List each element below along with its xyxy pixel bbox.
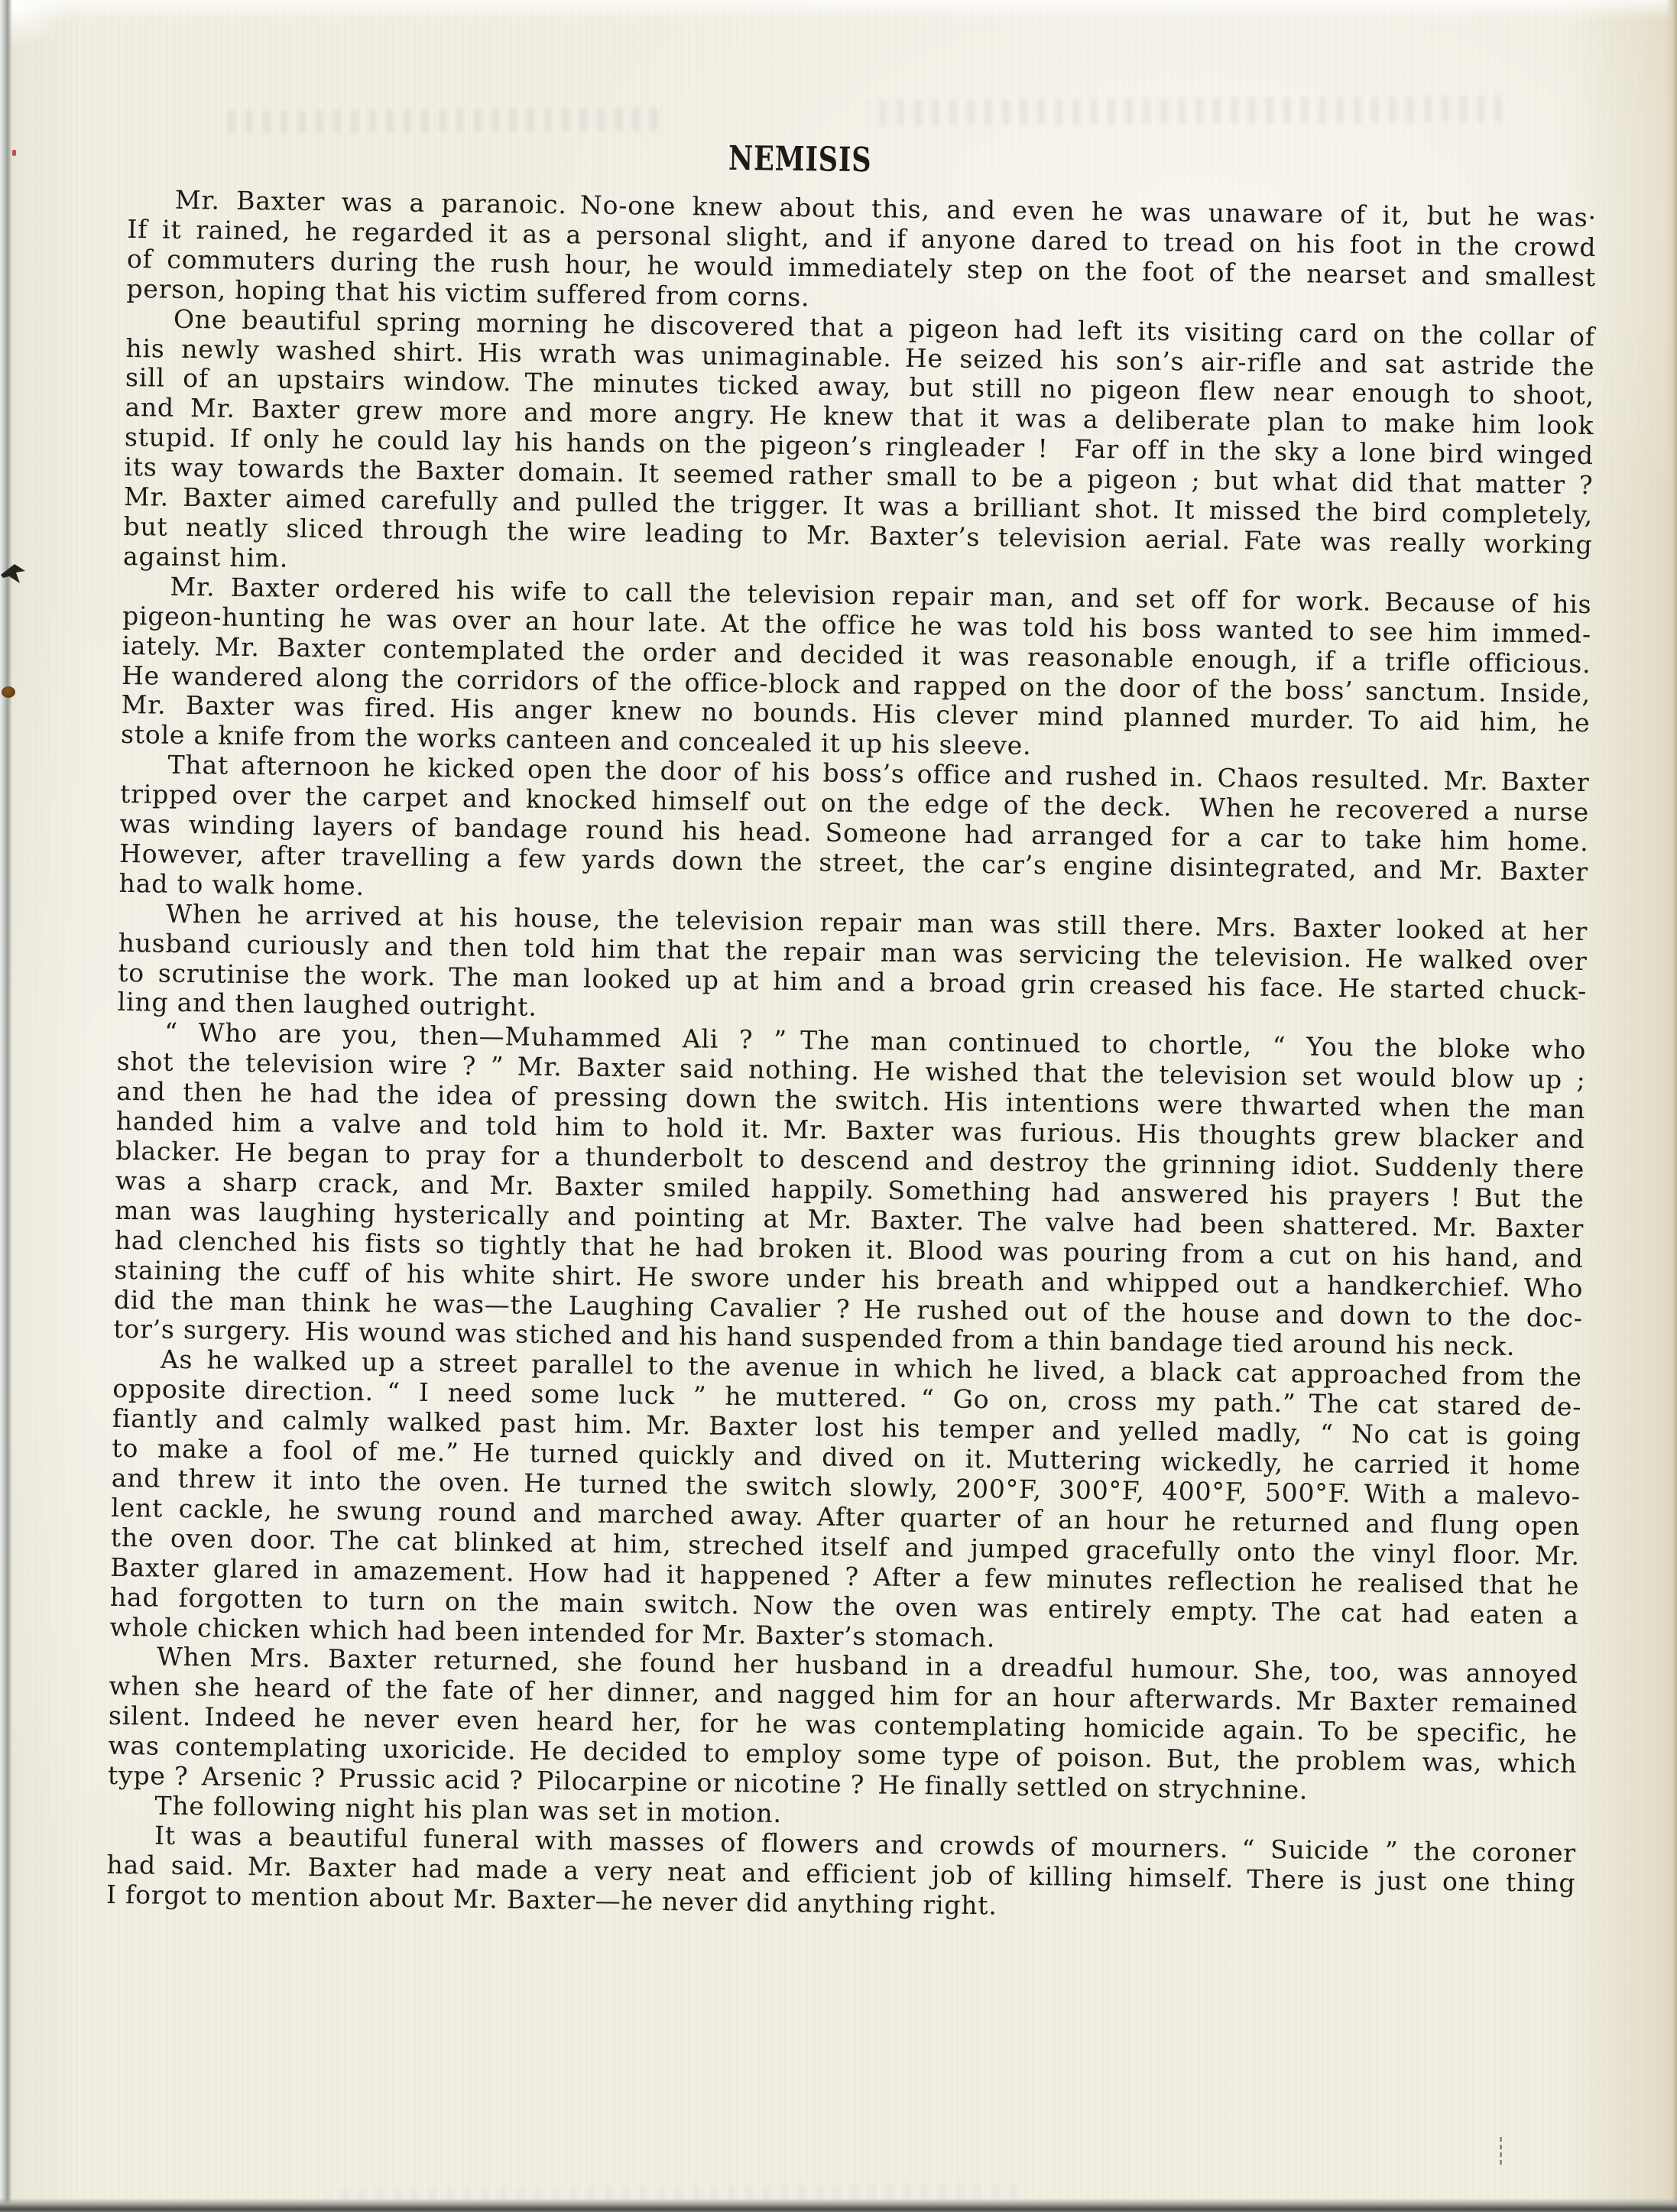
ink-bleed-ghost (868, 96, 1502, 126)
paragraph: Mr. Baxter ordered his wife to call the … (121, 572, 1592, 769)
paragraph: One beautiful spring morning he discover… (123, 304, 1595, 590)
paragraph: That afternoon he kicked open the door o… (118, 750, 1589, 917)
red-speck-mark (12, 150, 16, 156)
scan-corner-highlight (0, 0, 92, 69)
paragraph: “ Who are you, then—Muhammed Ali ? ” The… (113, 1017, 1586, 1363)
story-body: Mr. Baxter was a paranoic. No-one knew a… (106, 185, 1597, 1928)
paragraph: As he walked up a street parallel to the… (109, 1344, 1582, 1660)
scan-top-edge (0, 0, 1677, 20)
scan-right-edge (1666, 0, 1677, 2212)
paragraph: Mr. Baxter was a paranoic. No-one knew a… (126, 185, 1597, 323)
story-content: NEMISIS Mr. Baxter was a paranoic. No-on… (106, 135, 1598, 1928)
paragraph: When he arrived at his house, the televi… (117, 899, 1588, 1036)
paragraph: It was a beautiful funeral with masses o… (106, 1821, 1576, 1928)
paragraph: When Mrs. Baxter returned, she found her… (108, 1642, 1578, 1809)
pen-arrow-mark (1, 564, 27, 585)
ink-blot-mark (2, 686, 15, 698)
scanned-page: NEMISIS Mr. Baxter was a paranoic. No-on… (0, 0, 1677, 2212)
scan-left-edge (0, 0, 12, 2212)
pencil-dash-mark (1500, 2137, 1502, 2165)
story-title-row: NEMISIS (65, 134, 1534, 189)
scan-bottom-edge (0, 2198, 1677, 2212)
ink-bleed-ghost (225, 108, 657, 134)
story-title: NEMISIS (728, 142, 872, 177)
